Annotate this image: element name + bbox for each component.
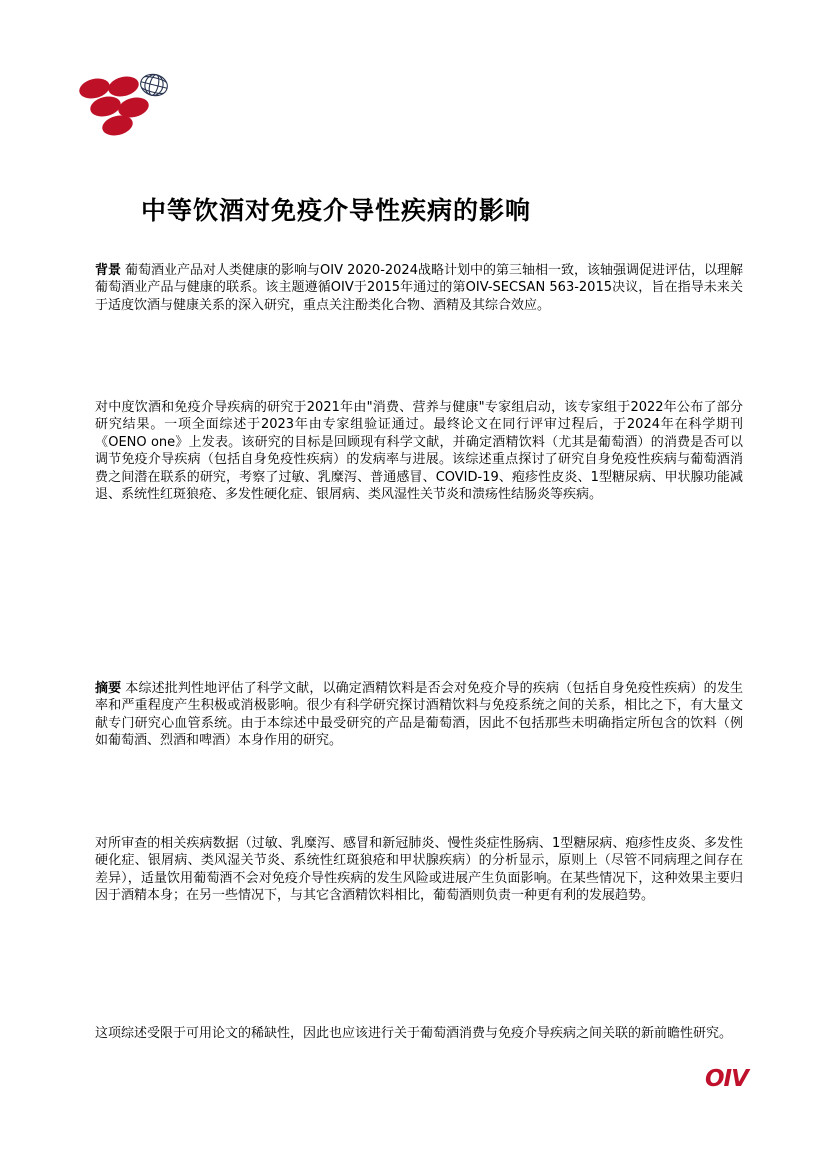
oiv-logo xyxy=(78,71,173,137)
paragraph-text: 这项综述受限于可用论文的稀缺性，因此也应该进行关于葡萄酒消费与免疫介导疾病之间关… xyxy=(95,1026,732,1041)
paragraph-text: 对中度饮酒和免疫介导疾病的研究于2021年由"消费、营养与健康"专家组启动，该专… xyxy=(95,400,743,502)
paragraph-text: 对所审查的相关疾病数据（过敏、乳糜泻、感冒和新冠肺炎、慢性炎症性肠病、1型糖尿病… xyxy=(95,836,743,903)
paragraph-abstract: 摘要本综述批判性地评估了科学文献，以确定酒精饮料是否会对免疫介导的疾病（包括自身… xyxy=(95,680,743,750)
paragraph-findings: 对所审查的相关疾病数据（过敏、乳糜泻、感冒和新冠肺炎、慢性炎症性肠病、1型糖尿病… xyxy=(95,835,743,905)
paragraph-study-history: 对中度饮酒和免疫介导疾病的研究于2021年由"消费、营养与健康"专家组启动，该专… xyxy=(95,399,743,503)
paragraph-lead-label: 摘要 xyxy=(95,681,121,696)
paragraph-text: 本综述批判性地评估了科学文献，以确定酒精饮料是否会对免疫介导的疾病（包括自身免疫… xyxy=(95,681,743,748)
page-title: 中等饮酒对免疫介导性疾病的影响 xyxy=(141,191,531,227)
paragraph-lead-label: 背景 xyxy=(95,263,121,278)
document-page: 中等饮酒对免疫介导性疾病的影响 背景葡萄酒业产品对人类健康的影响与OIV 202… xyxy=(0,0,827,1169)
paragraph-text: 葡萄酒业产品对人类健康的影响与OIV 2020-2024战略计划中的第三轴相一致… xyxy=(95,263,743,313)
oiv-wordmark: OIV xyxy=(705,1066,748,1092)
paragraph-background: 背景葡萄酒业产品对人类健康的影响与OIV 2020-2024战略计划中的第三轴相… xyxy=(95,262,743,314)
globe-icon xyxy=(138,72,170,98)
paragraph-limitations: 这项综述受限于可用论文的稀缺性，因此也应该进行关于葡萄酒消费与免疫介导疾病之间关… xyxy=(95,1025,743,1042)
